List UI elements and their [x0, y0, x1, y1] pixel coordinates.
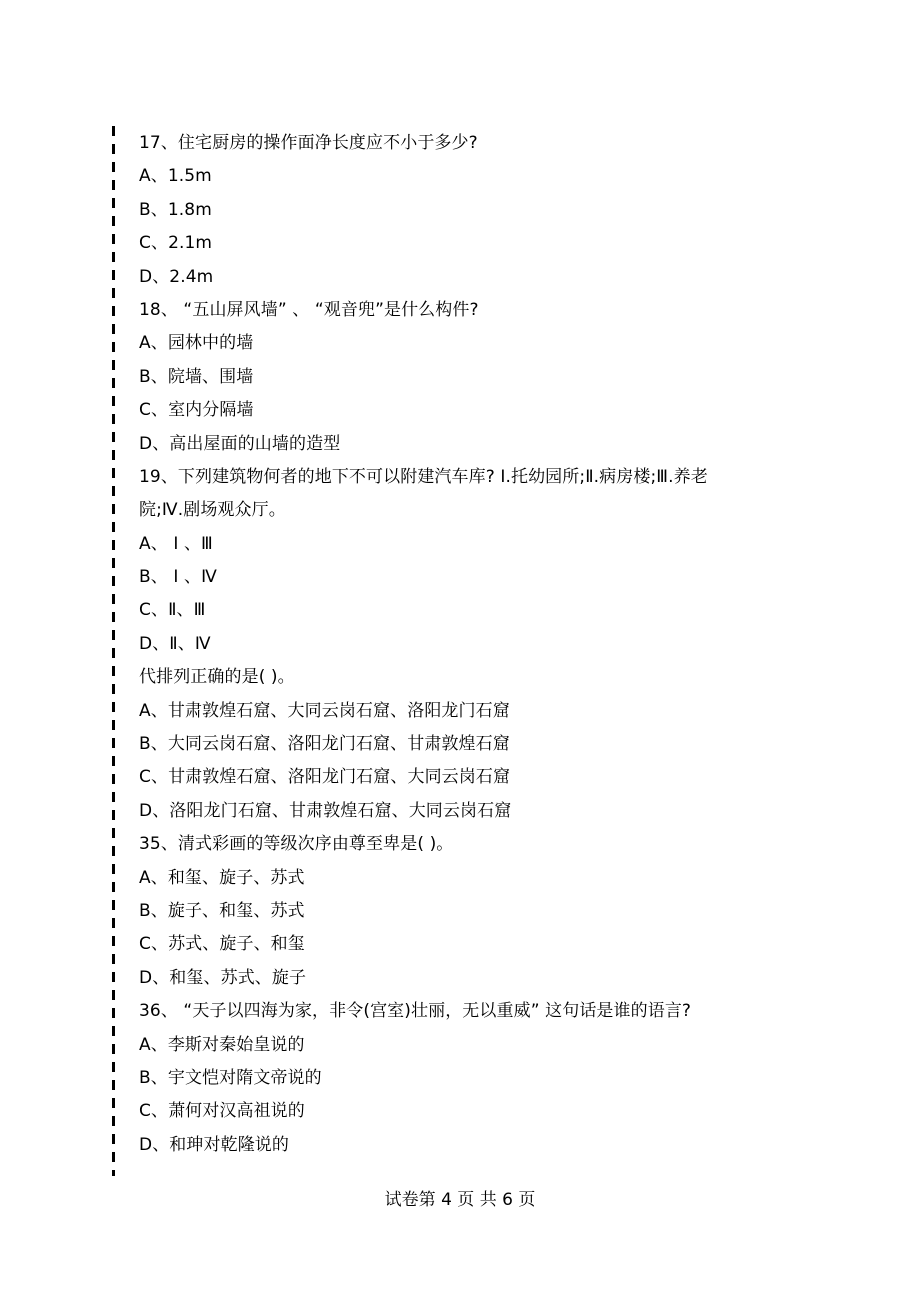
- option-b: B、 Ⅰ 、Ⅳ: [139, 561, 779, 594]
- page-footer: 试卷第 4 页 共 6 页: [0, 1186, 920, 1214]
- question-stem: 35、清式彩画的等级次序由尊至卑是( )。: [139, 828, 779, 861]
- option-d: D、Ⅱ、Ⅳ: [139, 628, 779, 661]
- question-stem: 18、 “五山屏风墙” 、 “观音兜”是什么构件?: [139, 294, 779, 327]
- question-grottoes: 代排列正确的是( )。 A、甘肃敦煌石窟、大同云岗石窟、洛阳龙门石窟 B、大同云…: [139, 661, 779, 828]
- binding-dashed-line: [112, 126, 115, 1176]
- question-17: 17、住宅厨房的操作面净长度应不小于多少? A、1.5m B、1.8m C、2.…: [139, 127, 779, 294]
- option-d: D、2.4m: [139, 261, 779, 294]
- question-stem: 36、 “天子以四海为家，非令(宫室)壮丽，无以重威” 这句话是谁的语言?: [139, 995, 779, 1028]
- option-a: A、和玺、旋子、苏式: [139, 862, 779, 895]
- option-a: A、1.5m: [139, 160, 779, 193]
- option-c: C、室内分隔墙: [139, 394, 779, 427]
- question-35: 35、清式彩画的等级次序由尊至卑是( )。 A、和玺、旋子、苏式 B、旋子、和玺…: [139, 828, 779, 995]
- option-b: B、院墙、围墙: [139, 361, 779, 394]
- question-stem: 17、住宅厨房的操作面净长度应不小于多少?: [139, 127, 779, 160]
- option-a: A、 Ⅰ 、Ⅲ: [139, 528, 779, 561]
- option-c: C、2.1m: [139, 227, 779, 260]
- question-stem: 代排列正确的是( )。: [139, 661, 779, 694]
- option-d: D、和玺、苏式、旋子: [139, 962, 779, 995]
- option-d: D、洛阳龙门石窟、甘肃敦煌石窟、大同云岗石窟: [139, 795, 779, 828]
- option-c: C、Ⅱ、Ⅲ: [139, 594, 779, 627]
- question-19: 19、下列建筑物何者的地下不可以附建汽车库? Ⅰ.托幼园所;Ⅱ.病房楼;Ⅲ.养老…: [139, 461, 779, 661]
- question-stem-continued: 院;Ⅳ.剧场观众厅。: [139, 494, 779, 527]
- option-a: A、李斯对秦始皇说的: [139, 1029, 779, 1062]
- option-b: B、1.8m: [139, 194, 779, 227]
- option-b: B、大同云岗石窟、洛阳龙门石窟、甘肃敦煌石窟: [139, 728, 779, 761]
- option-a: A、园林中的墙: [139, 327, 779, 360]
- question-36: 36、 “天子以四海为家，非令(宫室)壮丽，无以重威” 这句话是谁的语言? A、…: [139, 995, 779, 1162]
- option-c: C、苏式、旋子、和玺: [139, 928, 779, 961]
- option-c: C、甘肃敦煌石窟、洛阳龙门石窟、大同云岗石窟: [139, 761, 779, 794]
- question-18: 18、 “五山屏风墙” 、 “观音兜”是什么构件? A、园林中的墙 B、院墙、围…: [139, 294, 779, 461]
- option-b: B、宇文恺对隋文帝说的: [139, 1062, 779, 1095]
- option-c: C、萧何对汉高祖说的: [139, 1095, 779, 1128]
- option-d: D、和珅对乾隆说的: [139, 1129, 779, 1162]
- question-stem: 19、下列建筑物何者的地下不可以附建汽车库? Ⅰ.托幼园所;Ⅱ.病房楼;Ⅲ.养老: [139, 461, 779, 494]
- option-d: D、高出屋面的山墙的造型: [139, 428, 779, 461]
- option-b: B、旋子、和玺、苏式: [139, 895, 779, 928]
- option-a: A、甘肃敦煌石窟、大同云岗石窟、洛阳龙门石窟: [139, 695, 779, 728]
- exam-content: 17、住宅厨房的操作面净长度应不小于多少? A、1.5m B、1.8m C、2.…: [139, 127, 779, 1162]
